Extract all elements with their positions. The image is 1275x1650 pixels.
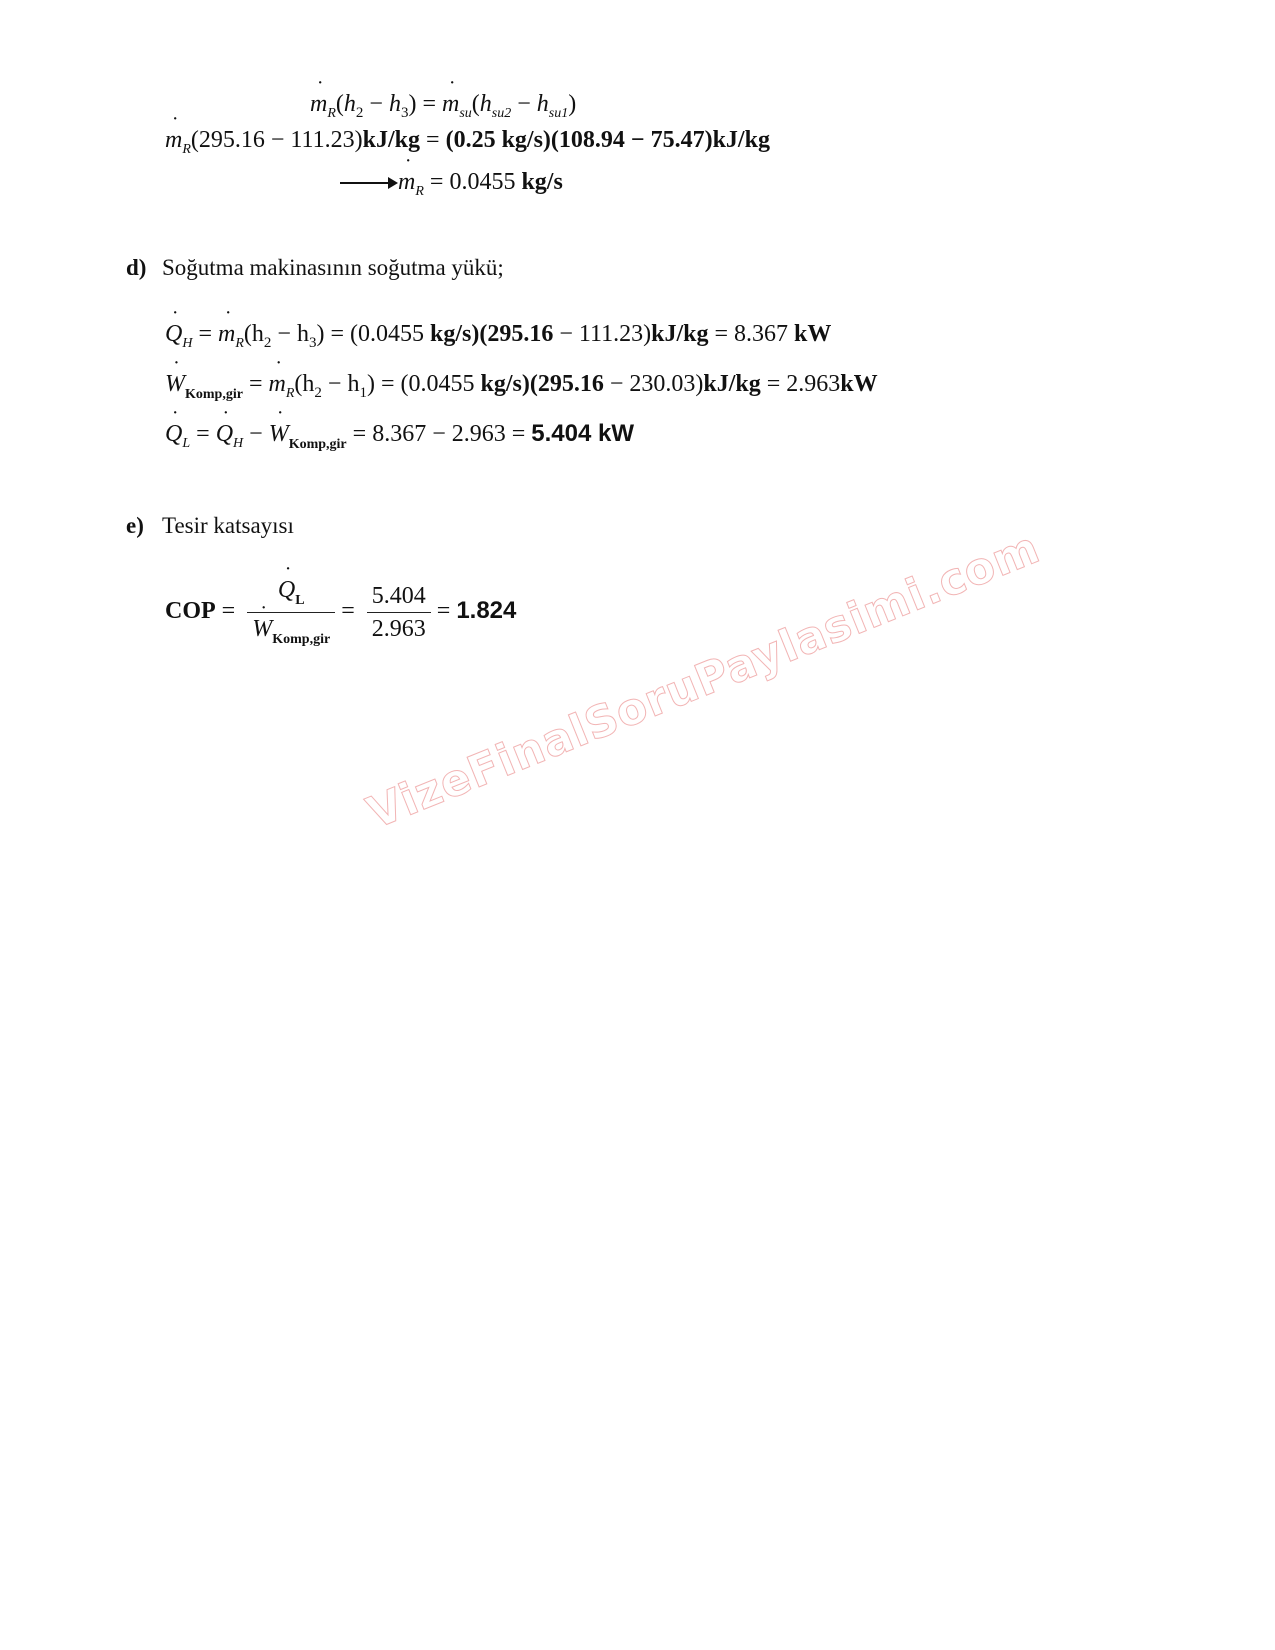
cop-equation: COP = QL WKomp,gir = 5.404 2.963 = 1.824 (165, 578, 516, 647)
mass-flow-result: mR = 0.0455 kg/s (340, 170, 563, 199)
section-d-label: d) (126, 256, 162, 279)
mass-balance-substitution: mR(295.16 − 111.23)kJ/kg = (0.25 kg/s)(1… (165, 128, 770, 157)
heat-rejected-equation: QH = mR(h2 − h3) = (0.0455 kg/s)(295.16 … (165, 322, 831, 351)
section-d-title: Soğutma makinasının soğutma yükü; (162, 255, 504, 280)
cop-symbolic-fraction: QL WKomp,gir (247, 578, 335, 647)
cop-result: 1.824 (456, 597, 516, 624)
arrow-right-icon (340, 182, 396, 184)
compressor-work-equation: WKomp,gir = mR(h2 − h1) = (0.0455 kg/s)(… (165, 372, 878, 402)
cop-numeric-fraction: 5.404 2.963 (367, 584, 431, 641)
section-e-heading: e)Tesir katsayısı (126, 514, 294, 537)
section-d-heading: d)Soğutma makinasının soğutma yükü; (126, 256, 504, 279)
mass-balance-equation: mR(h2 − h3) = msu(hsu2 − hsu1) (310, 92, 576, 121)
section-e-label: e) (126, 514, 162, 537)
cooling-load-result: 5.404 kW (531, 420, 634, 447)
section-e-title: Tesir katsayısı (162, 513, 294, 538)
cooling-load-equation: QL = QH − WKomp,gir = 8.367 − 2.963 = 5.… (165, 422, 634, 452)
watermark: VizeFinalSoruPaylasimi.com (360, 522, 1047, 839)
